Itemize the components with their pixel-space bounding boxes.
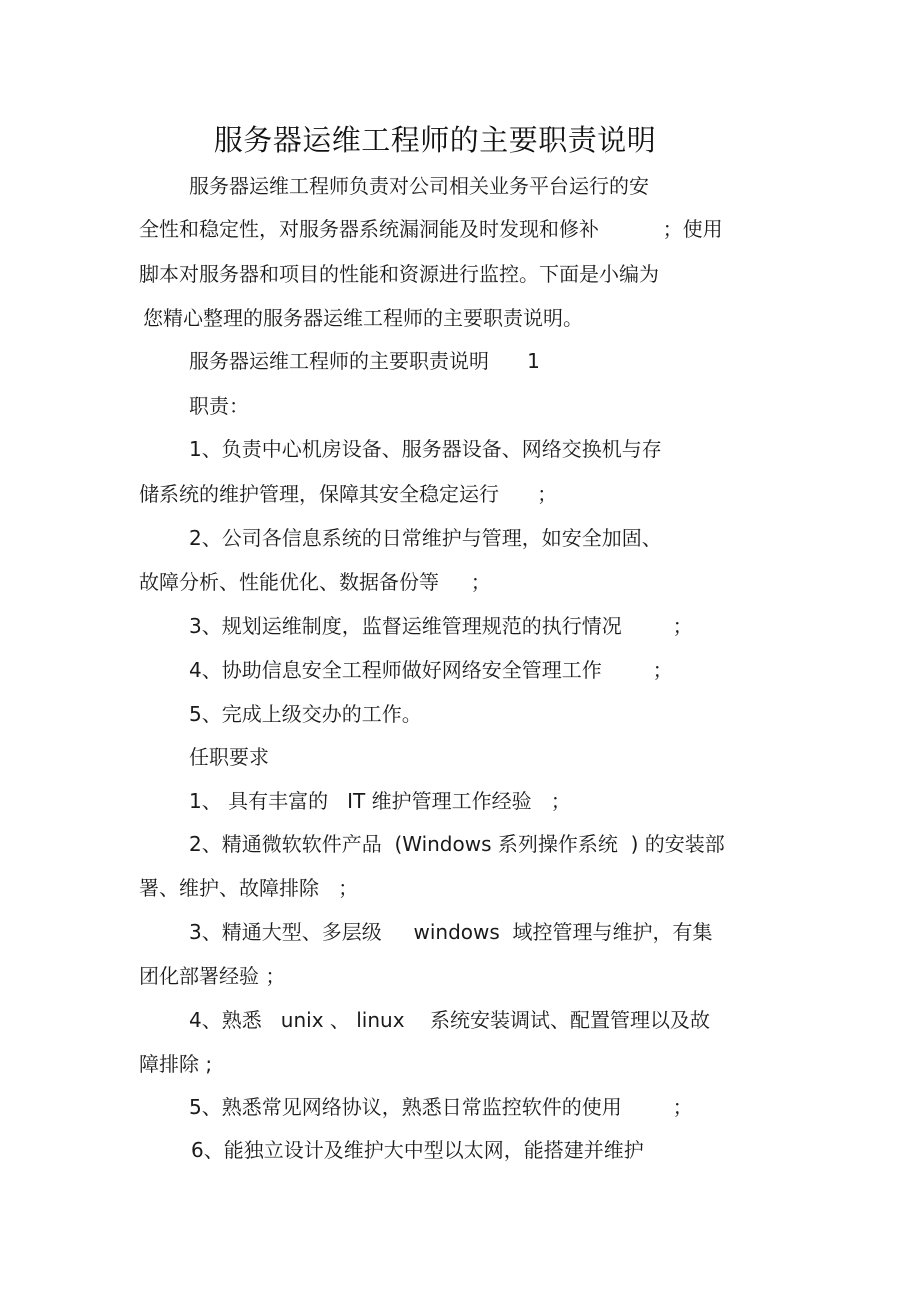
paragraph-line: 3、规划运维制度，监督运维管理规范的执行情况 ； xyxy=(189,612,693,640)
paragraph-line: 服务器运维工程师的主要职责说明 1 xyxy=(189,347,540,375)
paragraph-line: 储系统的维护管理，保障其安全稳定运行 ； xyxy=(139,480,557,508)
document-title: 服务器运维工程师的主要职责说明 xyxy=(0,118,870,159)
paragraph-line: 任职要求 xyxy=(189,743,269,771)
paragraph-line: 1、负责中心机房设备、服务器设备、网络交换机与存 xyxy=(189,435,662,463)
paragraph-line: 脚本对服务器和项目的性能和资源进行监控。下面是小编为 xyxy=(139,260,659,288)
paragraph-line: 1、 具有丰富的 IT 维护管理工作经验 ； xyxy=(189,787,571,815)
paragraph-line: 5、完成上级交办的工作。 xyxy=(189,700,422,728)
paragraph-line: 全性和稳定性，对服务器系统漏洞能及时发现和修补 ；使用 xyxy=(139,215,723,243)
paragraph-line: 4、协助信息安全工程师做好网络安全管理工作 ； xyxy=(189,656,673,684)
paragraph-line: 团化部署经验 ； xyxy=(139,962,285,990)
paragraph-line: 障排除 ; xyxy=(139,1050,212,1078)
paragraph-line: 5、熟悉常见网络协议，熟悉日常监控软件的使用 ； xyxy=(189,1093,693,1121)
paragraph-line: 2、公司各信息系统的日常维护与管理，如安全加固、 xyxy=(189,524,662,552)
paragraph-line: 职责： xyxy=(189,392,249,420)
paragraph-line: 4、熟悉 unix 、 linux 系统安装调试、配置管理以及故 xyxy=(189,1006,710,1034)
paragraph-line: 2、精通微软软件产品 (Windows 系列操作系统 ) 的安装部 xyxy=(189,830,725,858)
document-page: 服务器运维工程师的主要职责说明 服务器运维工程师负责对公司相关业务平台运行的安全… xyxy=(0,0,920,1303)
paragraph-line: 故障分析、性能优化、数据备份等 ； xyxy=(139,568,491,596)
paragraph-line: 服务器运维工程师负责对公司相关业务平台运行的安 xyxy=(189,172,649,200)
paragraph-line: 署、维护、故障排除 ； xyxy=(139,874,358,902)
paragraph-line: 3、精通大型、多层级 windows 域控管理与维护，有集 xyxy=(189,918,713,946)
paragraph-line: 6、能独立设计及维护大中型以太网，能搭建并维护 xyxy=(191,1136,644,1164)
paragraph-line: 您精心整理的服务器运维工程师的主要职责说明。 xyxy=(143,304,583,332)
